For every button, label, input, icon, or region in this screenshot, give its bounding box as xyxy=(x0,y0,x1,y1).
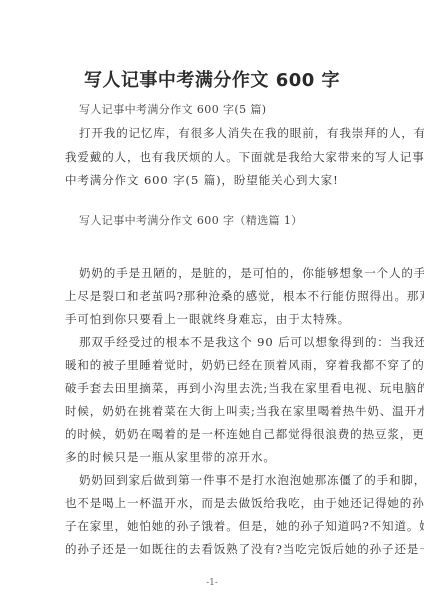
paragraph-line: 上尽是裂口和老茧吗?那种沧桑的感觉，根本不行能仿照得出。那双 xyxy=(65,289,365,303)
intro-line: 打开我的记忆库，有很多人消失在我的眼前，有我崇拜的人，有 xyxy=(79,126,379,140)
paragraph-line: 的时候，奶奶在喝着的是一杯连她自己都觉得很浪费的热豆浆，更 xyxy=(65,427,365,441)
paragraph-line: 暖和的被子里睡着觉时，奶奶已经在顶着风雨，穿着我都不穿了的 xyxy=(65,358,365,372)
paragraph-line: 那双手经受过的根本不是我这个 90 后可以想象得到的：当我还在 xyxy=(79,335,379,349)
paragraph-line: 多的时候只是一瓶从家里带的凉开水。 xyxy=(65,450,365,464)
intro-line: 中考满分作文 600 字(5 篇)，盼望能关心到大家! xyxy=(65,173,365,187)
document-title: 写人记事中考满分作文 600 字 xyxy=(0,66,424,92)
paragraph-line: 破手套去田里摘菜，再到小沟里去洗;当我在家里看电视、玩电脑的 xyxy=(65,381,365,395)
paragraph-line: 的孙子还是一如既往的去看饭熟了没有?当吃完饭后她的孙子还是一 xyxy=(65,542,365,556)
paragraph-line: 子在家里，她怕她的孙子饿着。但是，她的孙子知道吗?不知道。她 xyxy=(65,519,365,533)
document-page: 写人记事中考满分作文 600 字 写人记事中考满分作文 600 字(5 篇) 打… xyxy=(0,0,424,600)
paragraph-line: 手可怕到你只要看上一眼就终身难忘，由于太特殊。 xyxy=(65,312,365,326)
paragraph-line: 奶奶的手是丑陋的，是脏的，是可怕的，你能够想象一个人的手 xyxy=(79,266,379,280)
paragraph-line: 时候，奶奶在挑着菜在大街上叫卖;当我在家里喝着热牛奶、温开水 xyxy=(65,404,365,418)
page-number: -1- xyxy=(0,578,424,588)
intro-line: 我爱戴的人，也有我厌烦的人。下面就是我给大家带来的写人记事 xyxy=(65,150,365,164)
section-heading: 写人记事中考满分作文 600 字（精选篇 1） xyxy=(79,214,379,228)
paragraph-line: 奶奶回到家后做到第一件事不是打水泡泡她那冻僵了的手和脚， xyxy=(79,473,379,487)
intro-heading: 写人记事中考满分作文 600 字(5 篇) xyxy=(79,103,379,117)
paragraph-line: 也不是喝上一杯温开水，而是去做饭给我吃，由于她还记得她的孙 xyxy=(65,496,365,510)
